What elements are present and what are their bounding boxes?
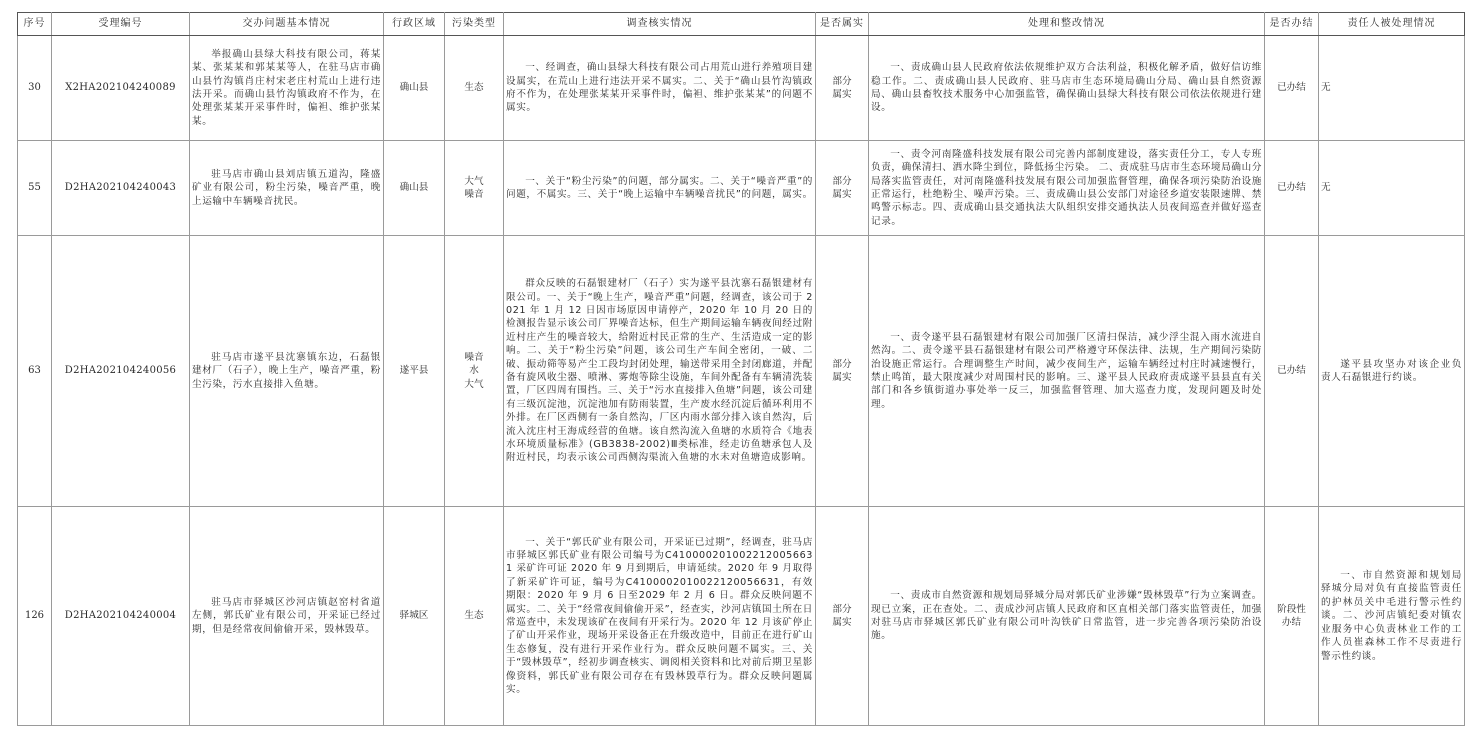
investigation-cell: 一、经调查，确山县绿大科技有限公司占用荒山进行养殖项目建设属实，在荒山上进行违法… [504, 36, 816, 141]
seq-cell: 55 [18, 141, 52, 236]
header-handling: 处理和整改情况 [869, 13, 1265, 36]
closed-cell: 阶段性 办结 [1265, 507, 1319, 726]
closed-cell: 已办结 [1265, 236, 1319, 507]
table-row: 55 D2HA202104240043 驻马店市确山县刘店镇五道沟，隆盛矿业有限… [18, 141, 1465, 236]
pollution-type-cell: 大气 噪音 [445, 141, 504, 236]
seq-cell: 126 [18, 507, 52, 726]
verified-line: 部分 [818, 603, 866, 616]
problem-cell: 驻马店市遂平县沈寨镇东边，石磊银建材厂（石子），晚上生产，噪音严重，粉尘污染，污… [190, 236, 384, 507]
closed-cell: 已办结 [1265, 141, 1319, 236]
pollution-type-cell: 噪音 水 大气 [445, 236, 504, 507]
problem-cell: 举报确山县绿大科技有限公司，蒋某某、张某某和郭某某等人，在驻马店市确山县竹沟镇肖… [190, 36, 384, 141]
pollution-type: 大气 [447, 175, 501, 188]
accountability-cell: 无 [1319, 141, 1465, 236]
header-pollution-type: 污染类型 [445, 13, 504, 36]
case-no-cell: D2HA202104240004 [52, 507, 190, 726]
accountability-cell: 无 [1319, 36, 1465, 141]
accountability-cell: 遂平县攻坚办对该企业负责人石磊银进行约谈。 [1319, 236, 1465, 507]
header-accountability: 责任人被处理情况 [1319, 13, 1465, 36]
pollution-type: 生态 [447, 609, 501, 622]
pollution-type: 噪音 [447, 188, 501, 201]
verified-cell: 部分 属实 [816, 236, 869, 507]
header-investigation: 调查核实情况 [504, 13, 816, 36]
closed-line: 办结 [1267, 616, 1316, 629]
verified-line: 部分 [818, 175, 866, 188]
handling-cell: 一、责成确山县人民政府依法依规维护双方合法利益，积极化解矛盾，做好信访维稳工作。… [869, 36, 1265, 141]
handling-cell: 一、责令遂平县石磊银建材有限公司加强厂区清扫保洁，减少浮尘混入雨水流进自然沟。二… [869, 236, 1265, 507]
pollution-type-cell: 生态 [445, 507, 504, 726]
pollution-type: 水 [447, 364, 501, 377]
header-verified: 是否属实 [816, 13, 869, 36]
verified-line: 部分 [818, 358, 866, 371]
problem-cell: 驻马店市确山县刘店镇五道沟，隆盛矿业有限公司，粉尘污染，噪音严重，晚上运输中车辆… [190, 141, 384, 236]
verified-cell: 部分 属实 [816, 507, 869, 726]
table-header-row: 序号 受理编号 交办问题基本情况 行政区域 污染类型 调查核实情况 是否属实 处… [18, 13, 1465, 36]
verified-line: 属实 [818, 371, 866, 384]
pollution-type-cell: 生态 [445, 36, 504, 141]
investigation-cell: 群众反映的石磊银建材厂（石子）实为遂平县沈寨石磊银建材有限公司。一、关于“晚上生… [504, 236, 816, 507]
case-handling-table: 序号 受理编号 交办问题基本情况 行政区域 污染类型 调查核实情况 是否属实 处… [17, 12, 1465, 726]
header-problem: 交办问题基本情况 [190, 13, 384, 36]
verified-line: 属实 [818, 616, 866, 629]
header-region: 行政区域 [384, 13, 445, 36]
pollution-type: 大气 [447, 378, 501, 391]
seq-cell: 30 [18, 36, 52, 141]
verified-line: 部分 [818, 75, 866, 88]
closed-line: 已办结 [1267, 364, 1316, 377]
header-seq: 序号 [18, 13, 52, 36]
verified-line: 属实 [818, 88, 866, 101]
header-case-no: 受理编号 [52, 13, 190, 36]
case-no-cell: D2HA202104240043 [52, 141, 190, 236]
header-closed: 是否办结 [1265, 13, 1319, 36]
pollution-type: 噪音 [447, 351, 501, 364]
investigation-cell: 一、关于“粉尘污染”的问题，部分属实。二、关于“噪音严重”的问题，不属实。三、关… [504, 141, 816, 236]
table-row: 63 D2HA202104240056 驻马店市遂平县沈寨镇东边，石磊银建材厂（… [18, 236, 1465, 507]
closed-line: 已办结 [1267, 181, 1316, 194]
investigation-cell: 一、关于“郭氏矿业有限公司，开采证已过期”，经调查，驻马店市驿城区郭氏矿业有限公… [504, 507, 816, 726]
region-cell: 确山县 [384, 36, 445, 141]
table-row: 30 X2HA202104240089 举报确山县绿大科技有限公司，蒋某某、张某… [18, 36, 1465, 141]
handling-cell: 一、责令河南隆盛科技发展有限公司完善内部制度建设，落实责任分工，专人专班负责，确… [869, 141, 1265, 236]
closed-line: 阶段性 [1267, 603, 1316, 616]
seq-cell: 63 [18, 236, 52, 507]
handling-cell: 一、责成市自然资源和规划局驿城分局对郭氏矿业涉嫌“毁林毁草”行为立案调查。现已立… [869, 507, 1265, 726]
closed-cell: 已办结 [1265, 36, 1319, 141]
region-cell: 确山县 [384, 141, 445, 236]
problem-cell: 驻马店市驿城区沙河店镇赵窑村省道左侧，郭氏矿业有限公司，开采证已经过期，但是经常… [190, 507, 384, 726]
case-no-cell: X2HA202104240089 [52, 36, 190, 141]
verified-line: 属实 [818, 188, 866, 201]
accountability-cell: 一、市自然资源和规划局驿城分局对负有直接监管责任的护林员关中毛进行警示性约谈。二… [1319, 507, 1465, 726]
closed-line: 已办结 [1267, 81, 1316, 94]
region-cell: 驿城区 [384, 507, 445, 726]
pollution-type: 生态 [447, 81, 501, 94]
verified-cell: 部分 属实 [816, 36, 869, 141]
verified-cell: 部分 属实 [816, 141, 869, 236]
table-row: 126 D2HA202104240004 驻马店市驿城区沙河店镇赵窑村省道左侧，… [18, 507, 1465, 726]
case-no-cell: D2HA202104240056 [52, 236, 190, 507]
region-cell: 遂平县 [384, 236, 445, 507]
